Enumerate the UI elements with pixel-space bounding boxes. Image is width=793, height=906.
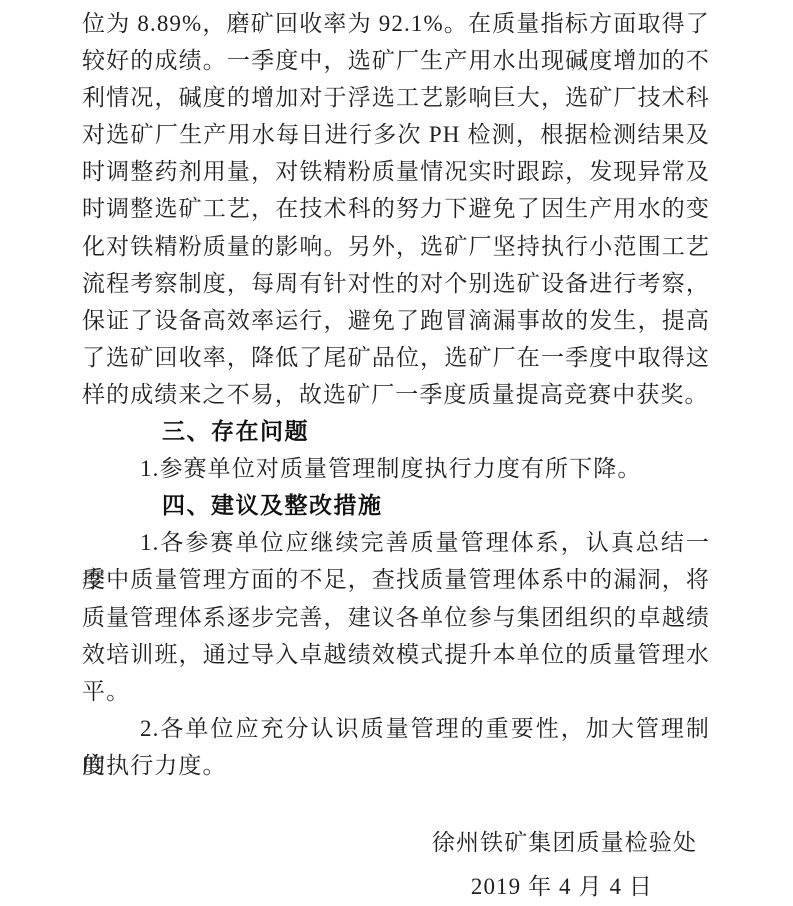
- text-line: 平。: [82, 673, 710, 710]
- text-line: 质量管理体系逐步完善，建议各单位参与集团组织的卓越绩: [82, 599, 710, 636]
- text-line: 2.各单位应充分认识质量管理的重要性，加大管理制度: [82, 710, 710, 747]
- section-heading: 三、存在问题: [82, 413, 710, 450]
- text-line: 流程考察制度，每周有针对性的对个别选矿设备进行考察，: [82, 265, 710, 302]
- text-line: 保证了设备高效率运行，避免了跑冒滴漏事故的发生，提高: [82, 302, 710, 339]
- paragraph: 2.各单位应充分认识质量管理的重要性，加大管理制度的执行力度。: [82, 710, 710, 784]
- text-line: 度中质量管理方面的不足，查找质量管理体系中的漏洞，将: [82, 561, 710, 598]
- section-heading: 四、建议及整改措施: [82, 487, 710, 524]
- text-line: 1.各参赛单位应继续完善质量管理体系，认真总结一季: [82, 524, 710, 561]
- signature-line: 徐州铁矿集团质量检验处: [82, 821, 710, 865]
- text-line: 利情况，碱度的增加对于浮选工艺影响巨大，选矿厂技术科: [82, 79, 710, 116]
- text-line: 较好的成绩。一季度中，选矿厂生产用水出现碱度增加的不: [82, 42, 710, 79]
- paragraph: 1.参赛单位对质量管理制度执行力度有所下降。: [82, 450, 710, 487]
- text-line: 时调整选矿工艺，在技术科的努力下避免了因生产用水的变: [82, 190, 710, 227]
- text-line: 效培训班，通过导入卓越绩效模式提升本单位的质量管理水: [82, 636, 710, 673]
- text-line: 化对铁精粉质量的影响。另外，选矿厂坚持执行小范围工艺: [82, 228, 710, 265]
- document-page: 位为 8.89%，磨矿回收率为 92.1%。在质量指标方面取得了较好的成绩。一季…: [0, 0, 793, 906]
- paragraph: 位为 8.89%，磨矿回收率为 92.1%。在质量指标方面取得了较好的成绩。一季…: [82, 5, 710, 413]
- text-line: 样的成绩来之不易，故选矿厂一季度质量提高竞赛中获奖。: [82, 376, 710, 413]
- paragraph: 1.各参赛单位应继续完善质量管理体系，认真总结一季度中质量管理方面的不足，查找质…: [82, 524, 710, 709]
- text-line: 1.参赛单位对质量管理制度执行力度有所下降。: [82, 450, 710, 487]
- text-line: 了选矿回收率，降低了尾矿品位，选矿厂在一季度中取得这: [82, 339, 710, 376]
- document-body: 位为 8.89%，磨矿回收率为 92.1%。在质量指标方面取得了较好的成绩。一季…: [82, 5, 710, 906]
- date-line: 2019 年 4 月 4 日: [82, 865, 710, 906]
- text-line: 时调整药剂用量，对铁精粉质量情况实时跟踪，发现异常及: [82, 153, 710, 190]
- text-line: 的执行力度。: [82, 747, 710, 784]
- text-line: 对选矿厂生产用水每日进行多次 PH 检测，根据检测结果及: [82, 116, 710, 153]
- text-line: 位为 8.89%，磨矿回收率为 92.1%。在质量指标方面取得了: [82, 5, 710, 42]
